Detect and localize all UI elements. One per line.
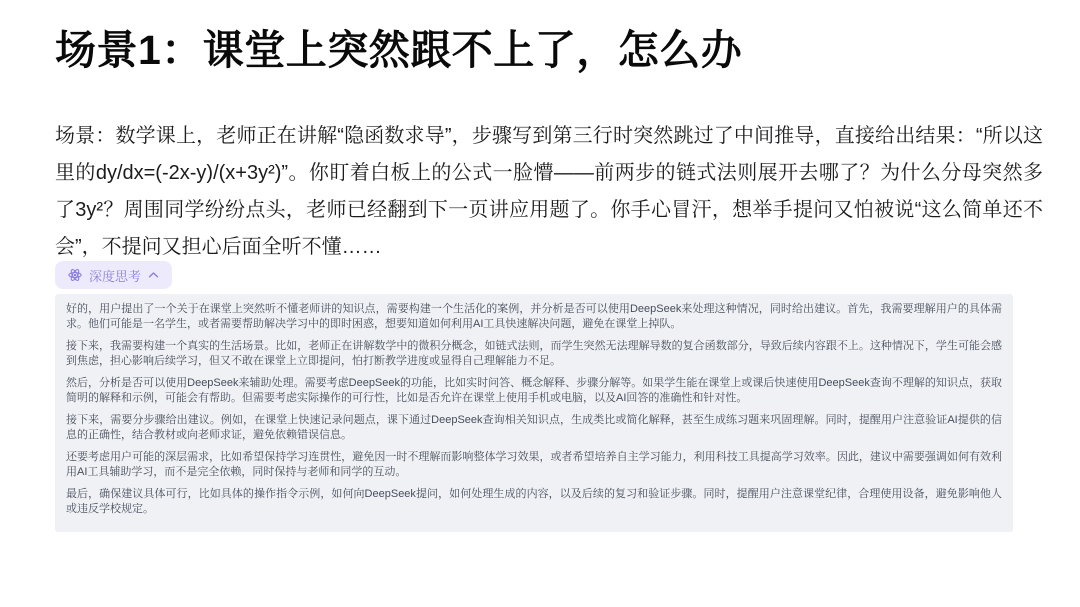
thinking-paragraph: 最后，确保建议具体可行，比如具体的操作指令示例，如何向DeepSeek提问，如何… — [66, 487, 1002, 517]
thinking-paragraph: 接下来，需要分步骤给出建议。例如，在课堂上快速记录问题点，课下通过DeepSee… — [66, 413, 1002, 443]
deep-think-label: 深度思考 — [89, 266, 141, 285]
slide: 场景1：课堂上突然跟不上了，怎么办 场景：数学课上，老师正在讲解“隐函数求导”，… — [0, 0, 1080, 607]
deep-think-toggle[interactable]: 深度思考 — [55, 261, 172, 289]
thinking-paragraph: 还要考虑用户可能的深层需求，比如希望保持学习连贯性，避免因一时不理解而影响整体学… — [66, 450, 1002, 480]
thinking-paragraph: 接下来，我需要构建一个真实的生活场景。比如，老师正在讲解数学中的微积分概念，如链… — [66, 339, 1002, 369]
chevron-up-icon — [148, 271, 159, 279]
page-title: 场景1：课堂上突然跟不上了，怎么办 — [55, 24, 1045, 76]
scenario-text: 场景：数学课上，老师正在讲解“隐函数求导”，步骤写到第三行时突然跳过了中间推导，… — [55, 118, 1043, 266]
deep-think-panel: 好的，用户提出了一个关于在课堂上突然听不懂老师讲的知识点，需要构建一个生活化的案… — [55, 294, 1013, 532]
thinking-paragraph: 好的，用户提出了一个关于在课堂上突然听不懂老师讲的知识点，需要构建一个生活化的案… — [66, 302, 1002, 332]
brain-atom-icon — [68, 268, 82, 282]
thinking-paragraph: 然后，分析是否可以使用DeepSeek来辅助处理。需要考虑DeepSeek的功能… — [66, 376, 1002, 406]
